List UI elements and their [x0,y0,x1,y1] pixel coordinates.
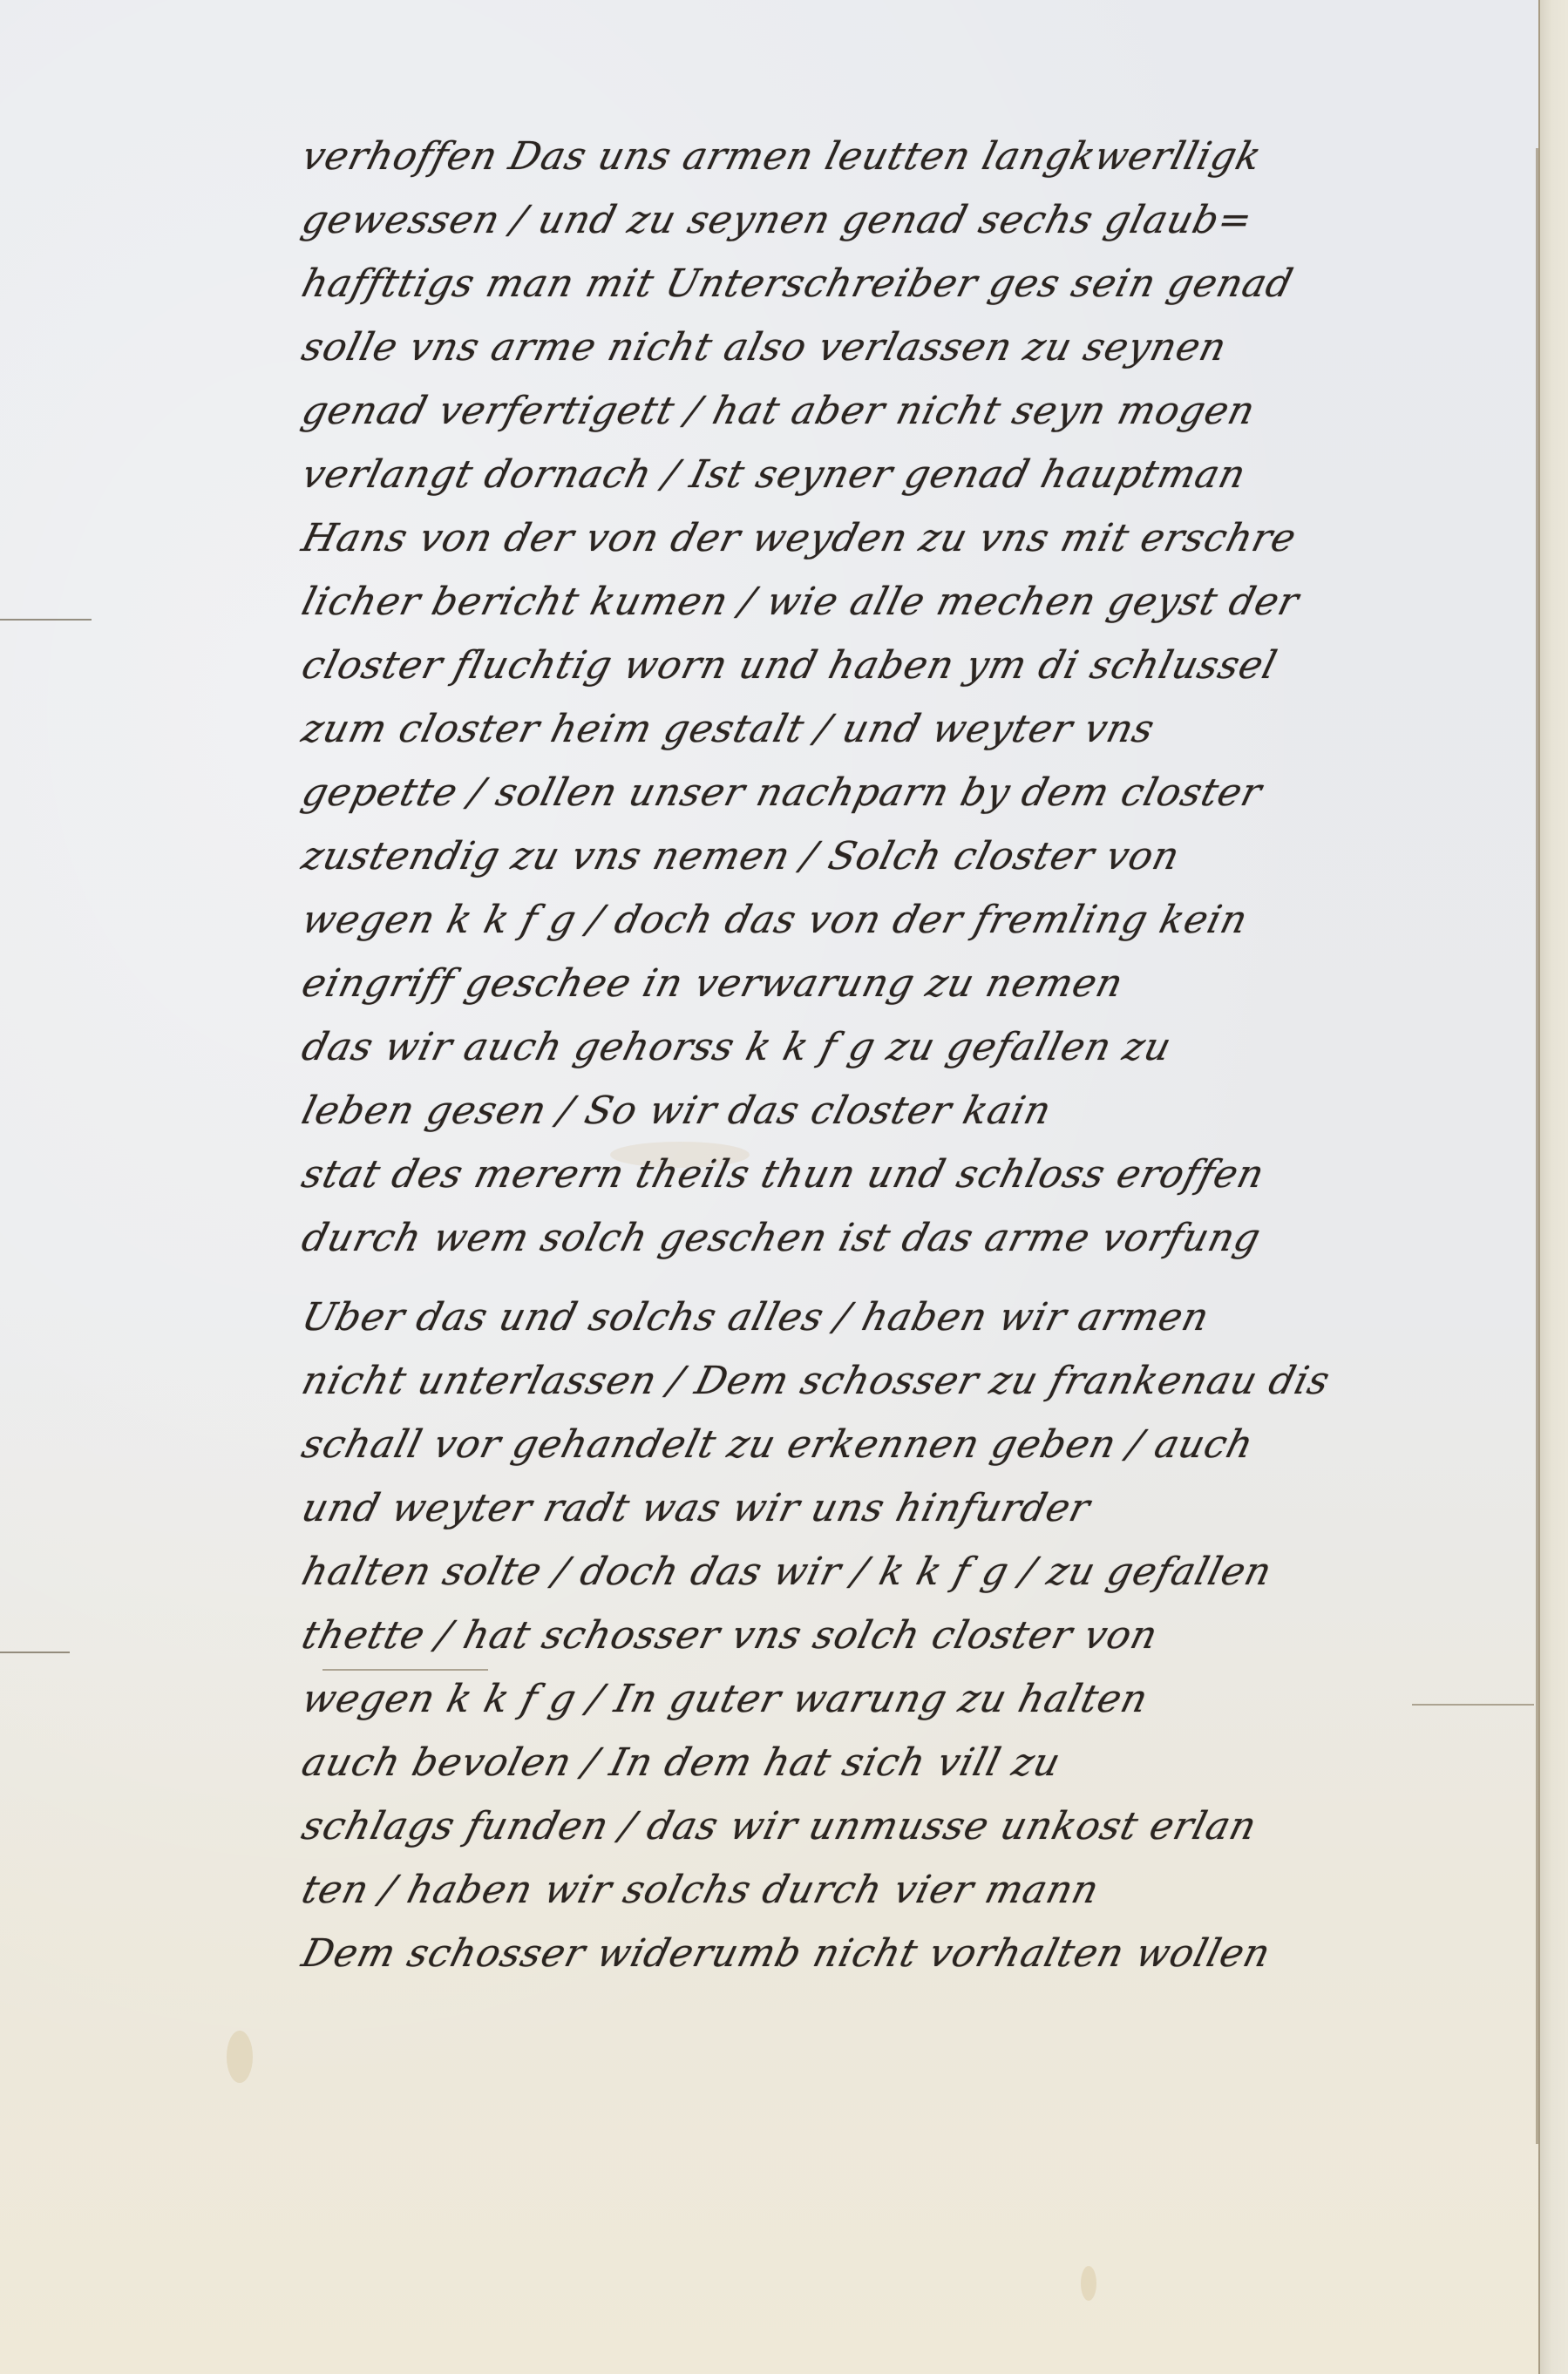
text-line-21: schall vor gehandelt zu erkennen geben /… [296,1419,1547,1471]
text-line-3: haffttigs man mit Unterschreiber ges sei… [296,258,1547,310]
text-line-9: closter fluchtig worn und haben ym di sc… [296,640,1547,692]
text-line-16: leben gesen / So wir das closter kain [296,1085,1547,1137]
paper-stain [227,2031,253,2083]
text-line-19: Uber das und solchs alles / haben wir ar… [296,1292,1547,1344]
text-line-27: schlags funden / das wir unmusse unkost … [296,1801,1547,1853]
text-line-17: stat des merern theils thun und schloss … [296,1149,1547,1201]
text-line-7: Hans von der von der weyden zu vns mit e… [296,512,1547,565]
text-line-22: und weyter radt was wir uns hinfurder [296,1482,1547,1535]
text-line-20: nicht unterlassen / Dem schosser zu fran… [296,1355,1547,1407]
text-line-5: genad verfertigett / hat aber nicht seyn… [296,385,1547,437]
text-line-11: gepette / sollen unser nachparn by dem c… [296,767,1547,819]
page-edge [1538,0,1568,2374]
text-line-18: durch wem solch geschen ist das arme vor… [296,1212,1547,1265]
text-line-2: gewessen / und zu seynen genad sechs gla… [296,194,1547,247]
text-line-26: auch bevolen / In dem hat sich vill zu [296,1737,1547,1789]
manuscript-text: verhoffen Das uns armen leutten langkwer… [296,131,1534,1980]
text-line-12: zustendig zu vns nemen / Solch closter v… [296,831,1547,883]
text-line-14: eingriff geschee in verwarung zu nemen [296,958,1547,1010]
text-line-10: zum closter heim gestalt / und weyter vn… [296,703,1547,756]
text-line-6: verlangt dornach / Ist seyner genad haup… [296,449,1547,501]
text-line-25: wegen k k f g / In guter warung zu halte… [296,1673,1547,1726]
text-line-4: solle vns arme nicht also verlassen zu s… [296,322,1547,374]
paper-stain [1081,2266,1096,2301]
text-line-13: wegen k k f g / doch das von der fremlin… [296,894,1547,946]
text-line-23: halten solte / doch das wir / k k f g / … [296,1546,1547,1598]
margin-mark [0,619,92,621]
margin-mark [0,1652,70,1653]
text-line-15: das wir auch gehorss k k f g zu gefallen… [296,1021,1547,1074]
text-line-24: thette / hat schosser vns solch closter … [296,1610,1547,1662]
text-line-1: verhoffen Das uns armen leutten langkwer… [296,131,1547,183]
text-line-8: licher bericht kumen / wie alle mechen g… [296,576,1547,628]
text-line-29: Dem schosser widerumb nicht vorhalten wo… [296,1928,1547,1980]
text-line-28: ten / haben wir solchs durch vier mann [296,1864,1547,1916]
